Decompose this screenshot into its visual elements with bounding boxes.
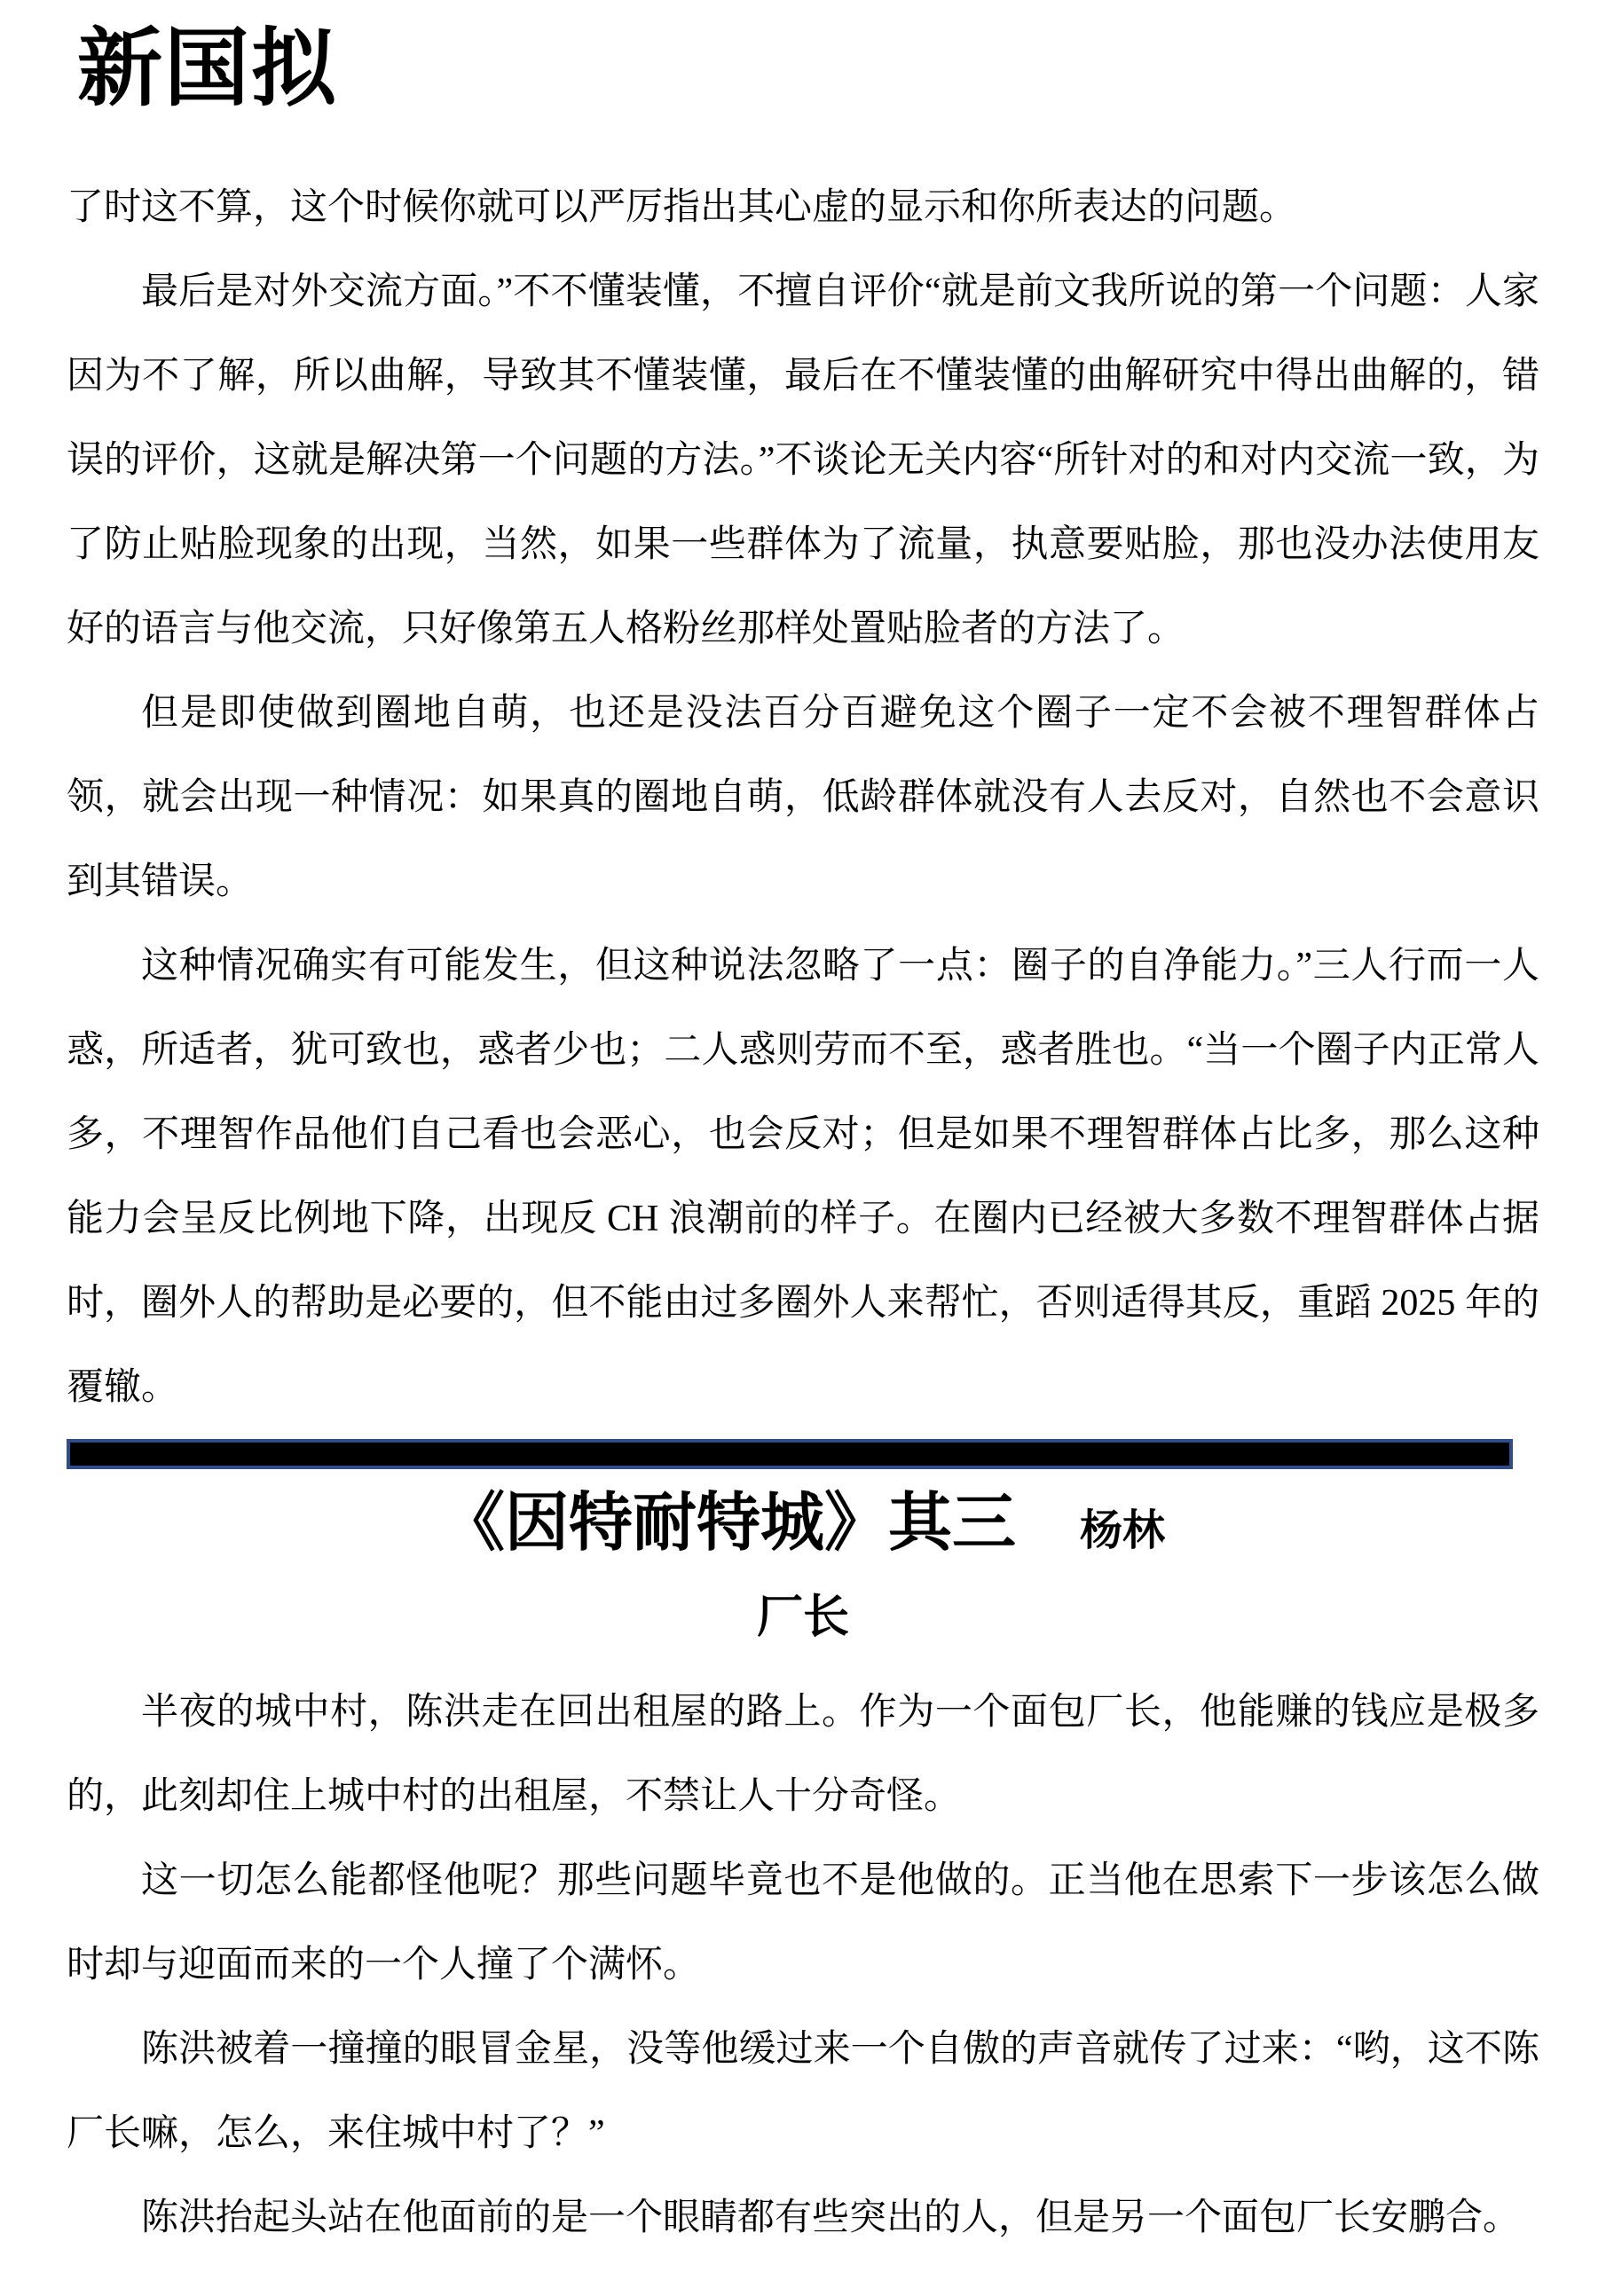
essay-paragraph: 最后是对外交流方面。”不不懂装懂，不擅自评价“就是前文我所说的第一个问题：人家因… [67, 250, 1539, 672]
story-section: 半夜的城中村，陈洪走在回出租屋的路上。作为一个面包厂长，他能赚的钱应是极多的，此… [67, 1671, 1539, 2261]
page-title: 新国拟 [77, 25, 1539, 114]
story-paragraph: 半夜的城中村，陈洪走在回出租屋的路上。作为一个面包厂长，他能赚的钱应是极多的，此… [67, 1671, 1539, 1839]
essay-paragraph: 这种情况确实有可能发生，但这种说法忽略了一点：圈子的自净能力。”三人行而一人惑，… [67, 924, 1539, 1430]
story-paragraph: 这一切怎么能都怪他呢？那些问题毕竟也不是他做的。正当他在思索下一步该怎么做时却与… [67, 1839, 1539, 2008]
story-title: 《因特耐特城》其三 [441, 1483, 1016, 1563]
essay-paragraph: 了时这不算，这个时候你就可以严厉指出其心虚的显示和你所表达的问题。 [67, 166, 1539, 250]
essay-section: 了时这不算，这个时候你就可以严厉指出其心虚的显示和你所表达的问题。 最后是对外交… [67, 166, 1539, 1430]
story-paragraph: 陈洪被着一撞撞的眼冒金星，没等他缓过来一个自傲的声音就传了过来：“哟，这不陈厂长… [67, 2008, 1539, 2176]
essay-paragraph: 但是即使做到圈地自萌，也还是没法百分百避免这个圈子一定不会被不理智群体占领，就会… [67, 672, 1539, 924]
chapter-title: 厂长 [67, 1579, 1539, 1646]
story-author: 杨林 [1080, 1496, 1165, 1557]
story-heading-row: 《因特耐特城》其三 杨林 [67, 1483, 1539, 1563]
section-divider [67, 1439, 1513, 1469]
story-paragraph: 陈洪抬起头站在他面前的是一个眼睛都有些突出的人，但是另一个面包厂长安鹏合。 [67, 2176, 1539, 2261]
document-page: 新国拟 了时这不算，这个时候你就可以严厉指出其心虚的显示和你所表达的问题。 最后… [0, 0, 1606, 2296]
